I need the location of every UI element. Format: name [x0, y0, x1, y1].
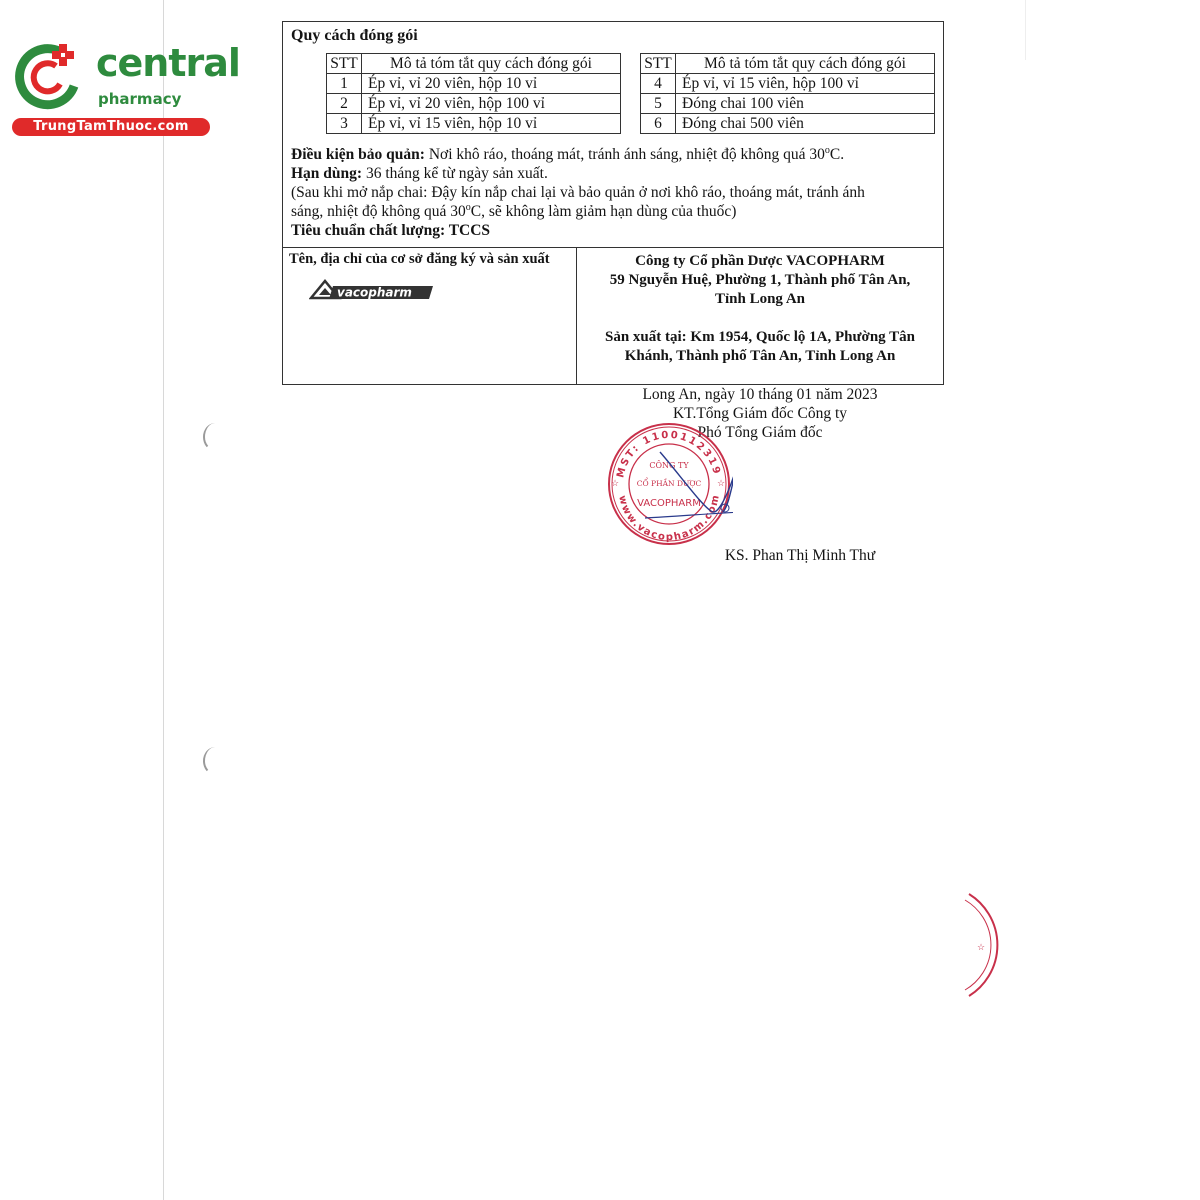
brand-site: TrungTamThuoc.com	[12, 118, 210, 136]
manufacturer-label: Tên, địa chỉ của cơ sở đăng ký và sản xu…	[289, 251, 550, 268]
page-edge-right	[1025, 0, 1026, 60]
factory-address-line1: Sản xuất tại: Km 1954, Quốc lộ 1A, Phườn…	[577, 328, 943, 347]
page-edge	[163, 0, 164, 1200]
cell-desc: Ép vỉ, vỉ 15 viên, hộp 100 vỉ	[676, 74, 935, 94]
company-address-line2: Tỉnh Long An	[577, 290, 943, 309]
punch-hole-mark	[203, 423, 227, 451]
header-stt: STT	[641, 54, 676, 74]
cell-desc: Ép vỉ, vỉ 20 viên, hộp 10 vỉ	[362, 74, 621, 94]
svg-text:VACOPHARM: VACOPHARM	[637, 498, 701, 509]
brand-name: central	[96, 44, 240, 82]
cell-stt: 1	[327, 74, 362, 94]
table-row: 4 Ép vỉ, vỉ 15 viên, hộp 100 vỉ	[641, 74, 935, 94]
quality-standard: Tiêu chuẩn chất lượng: TCCS	[291, 221, 941, 240]
brand-sub: pharmacy	[98, 90, 181, 108]
cell-desc: Đóng chai 100 viên	[676, 94, 935, 114]
signer-name: KS. Phan Thị Minh Thư	[560, 546, 960, 565]
shelf-life-label: Hạn dùng:	[291, 165, 362, 182]
place-date: Long An, ngày 10 tháng 01 năm 2023	[560, 385, 960, 404]
packaging-table-right: STT Mô tả tóm tắt quy cách đóng gói 4 Ép…	[640, 53, 935, 134]
note-text-a: sáng, nhiệt độ không quá 30	[291, 203, 466, 220]
table-row: 1 Ép vỉ, vỉ 20 viên, hộp 10 vỉ	[327, 74, 621, 94]
cell-desc: Ép vỉ, vỉ 20 viên, hộp 100 vỉ	[362, 94, 621, 114]
cell-stt: 3	[327, 114, 362, 134]
company-name: Công ty Cổ phần Dược VACOPHARM	[577, 252, 943, 271]
partial-stamp-icon: ☆	[955, 890, 1005, 1000]
storage-label: Điều kiện bảo quản:	[291, 146, 425, 163]
note-text-b: C, sẽ không làm giảm hạn dùng của thuốc)	[471, 203, 737, 220]
cell-desc: Đóng chai 500 viên	[676, 114, 935, 134]
cell-stt: 4	[641, 74, 676, 94]
svg-text:CỔ PHẦN DƯỢC: CỔ PHẦN DƯỢC	[637, 477, 702, 488]
packaging-table-left: STT Mô tả tóm tắt quy cách đóng gói 1 Ép…	[326, 53, 621, 134]
cell-stt: 5	[641, 94, 676, 114]
table-header-row: STT Mô tả tóm tắt quy cách đóng gói	[641, 54, 935, 74]
vacopharm-logo-icon: vacopharm	[309, 278, 435, 302]
punch-hole-mark	[203, 747, 227, 775]
company-stamp-icon: MST: 1100112319 www.vacopharm.com CÔNG T…	[605, 420, 733, 548]
packaging-section: Quy cách đóng gói STT Mô tả tóm tắt quy …	[283, 22, 943, 248]
cell-stt: 2	[327, 94, 362, 114]
svg-text:☆: ☆	[977, 942, 985, 952]
product-info-box: Quy cách đóng gói STT Mô tả tóm tắt quy …	[282, 21, 944, 385]
header-desc: Mô tả tóm tắt quy cách đóng gói	[362, 54, 621, 74]
cell-desc: Ép vỉ, vỉ 15 viên, hộp 10 vỉ	[362, 114, 621, 134]
manufacturer-address-cell: Công ty Cổ phần Dược VACOPHARM 59 Nguyễn…	[577, 248, 943, 384]
central-pharmacy-logo: central pharmacy TrungTamThuoc.com	[10, 38, 210, 138]
shelf-life: Hạn dùng: 36 tháng kể từ ngày sản xuất.	[291, 164, 941, 183]
manufacturer-label-cell: Tên, địa chỉ của cơ sở đăng ký và sản xu…	[283, 248, 577, 384]
table-header-row: STT Mô tả tóm tắt quy cách đóng gói	[327, 54, 621, 74]
opened-bottle-note-line2: sáng, nhiệt độ không quá 30oC, sẽ không …	[291, 202, 941, 221]
opened-bottle-note-line1: (Sau khi mở nắp chai: Đậy kín nắp chai l…	[291, 183, 941, 202]
storage-text: Nơi khô ráo, thoáng mát, tránh ánh sáng,…	[425, 146, 825, 163]
storage-unit: C.	[830, 146, 844, 163]
company-address-line1: 59 Nguyễn Huệ, Phường 1, Thành phố Tân A…	[577, 271, 943, 290]
shelf-life-text: 36 tháng kể từ ngày sản xuất.	[362, 165, 548, 182]
header-stt: STT	[327, 54, 362, 74]
header-desc: Mô tả tóm tắt quy cách đóng gói	[676, 54, 935, 74]
table-row: 5 Đóng chai 100 viên	[641, 94, 935, 114]
spacer	[577, 309, 943, 328]
packaging-title: Quy cách đóng gói	[291, 27, 418, 45]
storage-conditions: Điều kiện bảo quản: Nơi khô ráo, thoáng …	[291, 145, 941, 164]
svg-text:☆: ☆	[717, 478, 725, 488]
central-pharmacy-logo-icon	[12, 40, 84, 112]
table-row: 2 Ép vỉ, vỉ 20 viên, hộp 100 vỉ	[327, 94, 621, 114]
cell-stt: 6	[641, 114, 676, 134]
svg-text:☆: ☆	[611, 478, 619, 488]
table-row: 3 Ép vỉ, vỉ 15 viên, hộp 10 vỉ	[327, 114, 621, 134]
svg-text:vacopharm: vacopharm	[337, 286, 412, 300]
table-row: 6 Đóng chai 500 viên	[641, 114, 935, 134]
factory-address-line2: Khánh, Thành phố Tân An, Tỉnh Long An	[577, 347, 943, 366]
